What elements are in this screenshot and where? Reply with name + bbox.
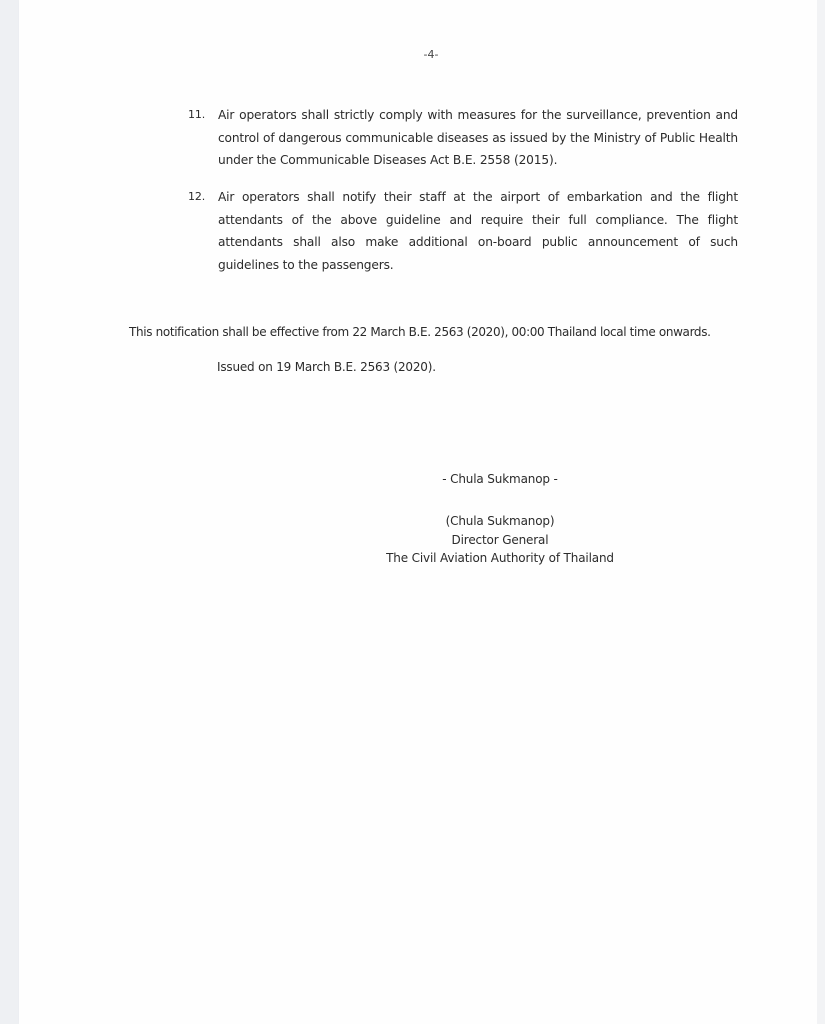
signature-title: Director General — [300, 531, 700, 550]
signature-organization: The Civil Aviation Authority of Thailand — [300, 549, 700, 568]
clause-12: 12. Air operators shall notify their sta… — [188, 186, 738, 276]
clause-number: 12. — [188, 186, 205, 209]
page-edge — [817, 0, 825, 1024]
signature-block: (Chula Sukmanop) Director General The Ci… — [300, 512, 700, 568]
clause-text: Air operators shall notify their staff a… — [218, 186, 738, 276]
effective-statement: This notification shall be effective fro… — [129, 325, 749, 339]
clause-text: Air operators shall strictly comply with… — [218, 104, 738, 172]
page-number: -4- — [0, 48, 825, 61]
signature-signed-name: - Chula Sukmanop - — [300, 472, 700, 486]
signature-printed-name: (Chula Sukmanop) — [300, 512, 700, 531]
clause-number: 11. — [188, 104, 205, 127]
clause-11: 11. Air operators shall strictly comply … — [188, 104, 738, 172]
issued-statement: Issued on 19 March B.E. 2563 (2020). — [217, 360, 436, 374]
